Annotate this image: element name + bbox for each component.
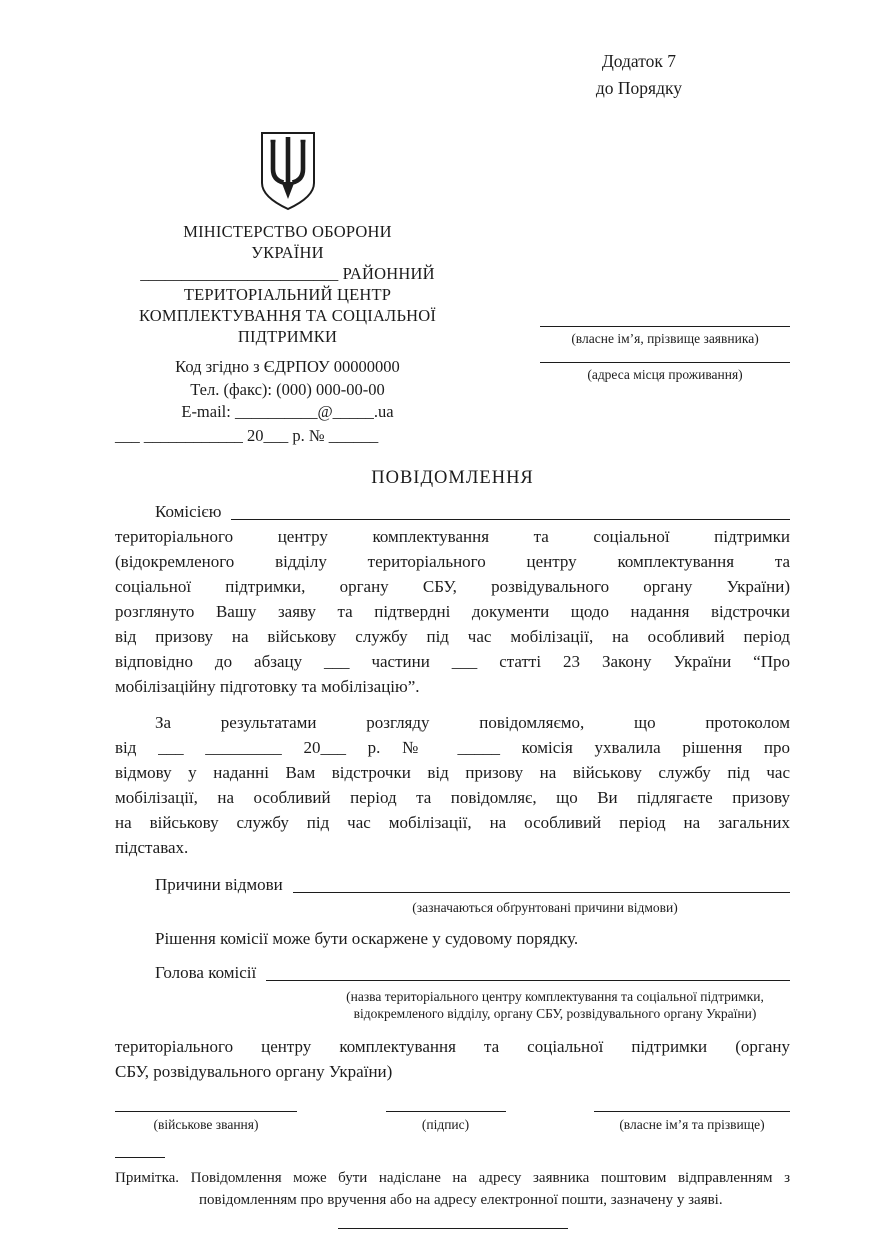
commission-head-label: Голова комісії (155, 960, 256, 985)
contact-block: Код згідно з ЄДРПОУ 00000000 Тел. (факс)… (115, 356, 460, 447)
edrpou-code: Код згідно з ЄДРПОУ 00000000 (115, 356, 460, 379)
applicant-name-caption: (власне ім’я, прізвище заявника) (540, 331, 790, 347)
paragraph-1: територіального центру комплектування та… (115, 524, 790, 699)
signature-sign-column: (підпис) (386, 1111, 506, 1133)
date-number-line: ___ ____________ 20___ р. № ______ (115, 425, 460, 448)
annex-line2: до Порядку (596, 75, 682, 102)
document-body: Комісією територіального центру комплект… (115, 499, 790, 1084)
issuer-block: МІНІСТЕРСТВО ОБОРОНИ УКРАЇНИ ___________… (115, 130, 460, 447)
email-line: E-mail: __________@_____.ua (115, 401, 460, 424)
commission-head-blank-field (266, 980, 790, 981)
signature-name-column: (власне ім’я та прізвище) (594, 1111, 790, 1133)
annex-reference: Додаток 7 до Порядку (596, 48, 682, 102)
commission-label: Комісією (155, 499, 221, 524)
bottom-rule (338, 1228, 568, 1229)
applicant-address-caption: (адреса місця проживання) (540, 367, 790, 383)
ukraine-trident-emblem-icon (257, 130, 319, 214)
refusal-reasons-blank-field (293, 892, 790, 893)
rank-caption: (військове звання) (115, 1116, 297, 1133)
applicant-name-field (540, 326, 790, 327)
document-header: МІНІСТЕРСТВО ОБОРОНИ УКРАЇНИ ___________… (115, 130, 790, 447)
center-name: ТЕРИТОРІАЛЬНИЙ ЦЕНТР КОМПЛЕКТУВАННЯ ТА С… (115, 284, 460, 347)
rayon-line: ________________________ РАЙОННИЙ (115, 263, 460, 284)
signature-strip: (військове звання) (підпис) (власне ім’я… (115, 1111, 790, 1133)
applicant-address-field (540, 362, 790, 363)
head-continuation: територіального центру комплектування та… (115, 1034, 790, 1084)
refusal-reasons-caption: (зазначаються обґрунтовані причини відмо… (300, 899, 790, 916)
refusal-reasons-label: Причини відмови (155, 872, 283, 897)
commission-row: Комісією (115, 499, 790, 524)
footnote-label: Примітка. (115, 1170, 179, 1186)
ministry-name-line1: МІНІСТЕРСТВО ОБОРОНИ (115, 221, 460, 242)
signature-rank-column: (військове звання) (115, 1111, 297, 1133)
head-caption-line1: (назва територіального центру комплектув… (320, 988, 790, 1005)
sign-blank-field (386, 1111, 506, 1112)
head-caption-line2: відокремленого відділу, органу СБУ, розв… (320, 1005, 790, 1022)
footnote: Примітка. Повідомлення може бути надісла… (115, 1167, 790, 1211)
name-blank-field (594, 1111, 790, 1112)
document-page: Додаток 7 до Порядку МІНІСТЕРСТВО ОБОРОН… (0, 0, 872, 1242)
appeal-statement: Рішення комісії може бути оскаржене у су… (115, 926, 790, 951)
rayon-blank-field: ________________________ (140, 264, 338, 283)
paragraph-2: За результатами розгляду повідомляємо, щ… (115, 710, 790, 860)
applicant-block: (власне ім’я, прізвище заявника) (адреса… (540, 326, 790, 447)
name-caption: (власне ім’я та прізвище) (594, 1116, 790, 1133)
sign-caption: (підпис) (386, 1116, 506, 1133)
commission-head-row: Голова комісії (115, 960, 790, 985)
rank-blank-field (115, 1111, 297, 1112)
commission-blank-field (231, 519, 790, 520)
annex-line1: Додаток 7 (596, 48, 682, 75)
rayon-label: РАЙОННИЙ (338, 264, 434, 283)
refusal-reasons-row: Причини відмови (115, 872, 790, 897)
phone-fax: Тел. (факс): (000) 000-00-00 (115, 379, 460, 402)
commission-head-caption: (назва територіального центру комплектув… (320, 988, 790, 1022)
footnote-separator (115, 1157, 165, 1158)
document-title: ПОВІДОМЛЕННЯ (115, 468, 790, 489)
footnote-text: Повідомлення може бути надіслане на адре… (191, 1170, 790, 1208)
ministry-name-line2: УКРАЇНИ (115, 242, 460, 263)
